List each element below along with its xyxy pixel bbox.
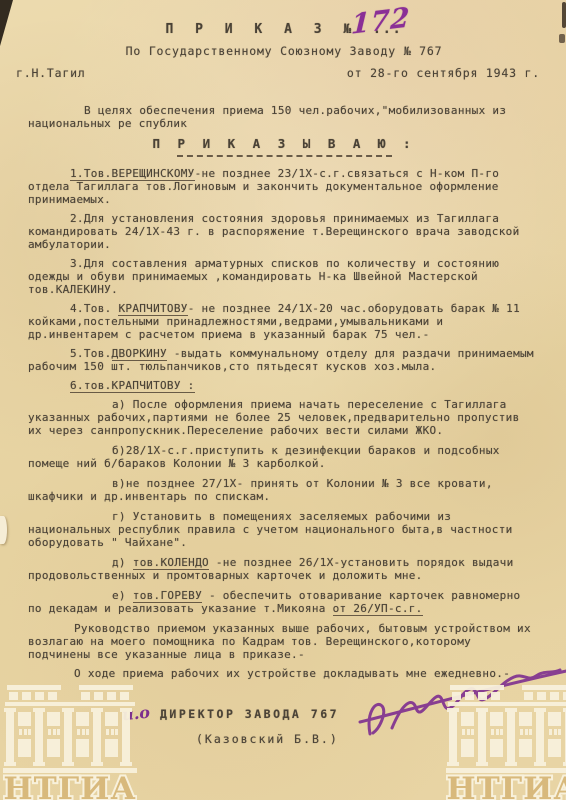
text-segment: тов.КОЛЕНДО bbox=[133, 556, 209, 570]
text-segment: 1.Тов.ВЕРЕЩИНСКОМУ bbox=[70, 167, 195, 181]
text-segment: ДВОРКИНУ bbox=[112, 347, 167, 361]
order-item-1: 1.Тов.ВЕРЕЩИНСКОМУ-не позднее 23/1Х-с.г.… bbox=[28, 167, 540, 206]
text-segment: 4.Тов. bbox=[70, 302, 118, 315]
archive-watermark-text-left: НТГИА bbox=[3, 771, 136, 800]
paper-tear-mark bbox=[0, 516, 7, 544]
text-segment: д) bbox=[112, 556, 133, 569]
signature-block: и.о ДИРЕКТОР ЗАВОДА 767 (Казовский Б.В.) bbox=[28, 694, 540, 774]
order-item-4: 4.Тов. КРАПЧИТОВУ- не позднее 24/1Х-20 ч… bbox=[28, 302, 540, 341]
text-segment: - обеспечить отоваривание карточек равно… bbox=[28, 589, 520, 615]
text-segment: г) Установить в помещениях заселяемых ра… bbox=[28, 510, 513, 549]
text-segment: КРАПЧИТОВУ bbox=[118, 302, 187, 316]
order-subitem-v: в)не позднее 27/1Х- принять от Колонии №… bbox=[28, 477, 540, 503]
order-item-2: 2.Для установления состояния здоровья пр… bbox=[28, 212, 540, 251]
text-segment: б)28/1Х-с.г.приступить к дезинфекции бар… bbox=[28, 444, 500, 470]
order-subtitle: По Государственному Союзному Заводу № 76… bbox=[28, 44, 540, 58]
city-date-row: г.Н.Тагил от 28-го сентября 1943 г. bbox=[28, 66, 540, 80]
order-item-6: 6.тов.КРАПЧИТОВУ : bbox=[28, 379, 540, 392]
text-segment: 6.тов.КРАПЧИТОВУ : bbox=[70, 379, 195, 393]
text-segment: -не позднее 26/1Х-установить порядок выд… bbox=[28, 556, 514, 582]
text-segment: е) bbox=[112, 589, 133, 602]
order-subitem-e: е) тов.ГОРЕВУ - обеспечить отоваривание … bbox=[28, 589, 540, 615]
archive-watermark-text-right: НТГИА bbox=[446, 771, 566, 800]
order-item-5: 5.Тов.ДВОРКИНУ -выдать коммунальному отд… bbox=[28, 347, 540, 373]
paper-corner-mark bbox=[0, 0, 13, 46]
command-word: П Р И К А З Ы В А Ю : bbox=[28, 136, 540, 151]
text-segment: 3.Для составления арматурных списков по … bbox=[28, 257, 499, 296]
order-subitem-a: а) После оформления приема начать пересе… bbox=[28, 398, 540, 437]
signer-title: ДИРЕКТОР ЗАВОДА 767 bbox=[160, 707, 339, 721]
paper-edge-mark bbox=[559, 34, 565, 43]
order-subitem-b: б)28/1Х-с.г.приступить к дезинфекции бар… bbox=[28, 444, 540, 470]
order-city: г.Н.Тагил bbox=[16, 66, 86, 80]
handwritten-acting-note: и.о bbox=[121, 703, 151, 725]
handwritten-signature bbox=[356, 664, 566, 750]
document-content: П Р И К А З № ... 172 По Государственном… bbox=[28, 12, 540, 774]
document-sheet: П Р И К А З № ... 172 По Государственном… bbox=[0, 0, 566, 800]
order-subitem-d: д) тов.КОЛЕНДО -не позднее 26/1Х-установ… bbox=[28, 556, 540, 582]
spacer bbox=[28, 80, 540, 104]
text-segment: от 26/УП-с.г. bbox=[333, 602, 423, 616]
order-item-3: 3.Для составления арматурных списков по … bbox=[28, 257, 540, 296]
paper-edge-mark bbox=[562, 2, 566, 28]
order-title: П Р И К А З № bbox=[165, 22, 358, 37]
signer-name: (Казовский Б.В.) bbox=[196, 732, 339, 746]
text-segment: в)не позднее 27/1Х- принять от Колонии №… bbox=[28, 477, 493, 503]
order-subitem-g: г) Установить в помещениях заселяемых ра… bbox=[28, 510, 540, 549]
order-date: от 28-го сентября 1943 г. bbox=[347, 66, 540, 80]
text-segment: тов.ГОРЕВУ bbox=[133, 589, 202, 603]
command-word-underline bbox=[177, 153, 392, 157]
preamble-paragraph: В целях обеспечения приема 150 чел.рабоч… bbox=[28, 104, 540, 130]
closing-paragraph-1: Руководство приемом указанных выше рабоч… bbox=[28, 622, 540, 661]
order-title-row: П Р И К А З № ... 172 bbox=[28, 22, 540, 37]
text-segment: 5.Тов. bbox=[70, 347, 112, 360]
text-segment: а) После оформления приема начать пересе… bbox=[28, 398, 520, 437]
text-segment: 2.Для установления состояния здоровья пр… bbox=[28, 212, 520, 251]
